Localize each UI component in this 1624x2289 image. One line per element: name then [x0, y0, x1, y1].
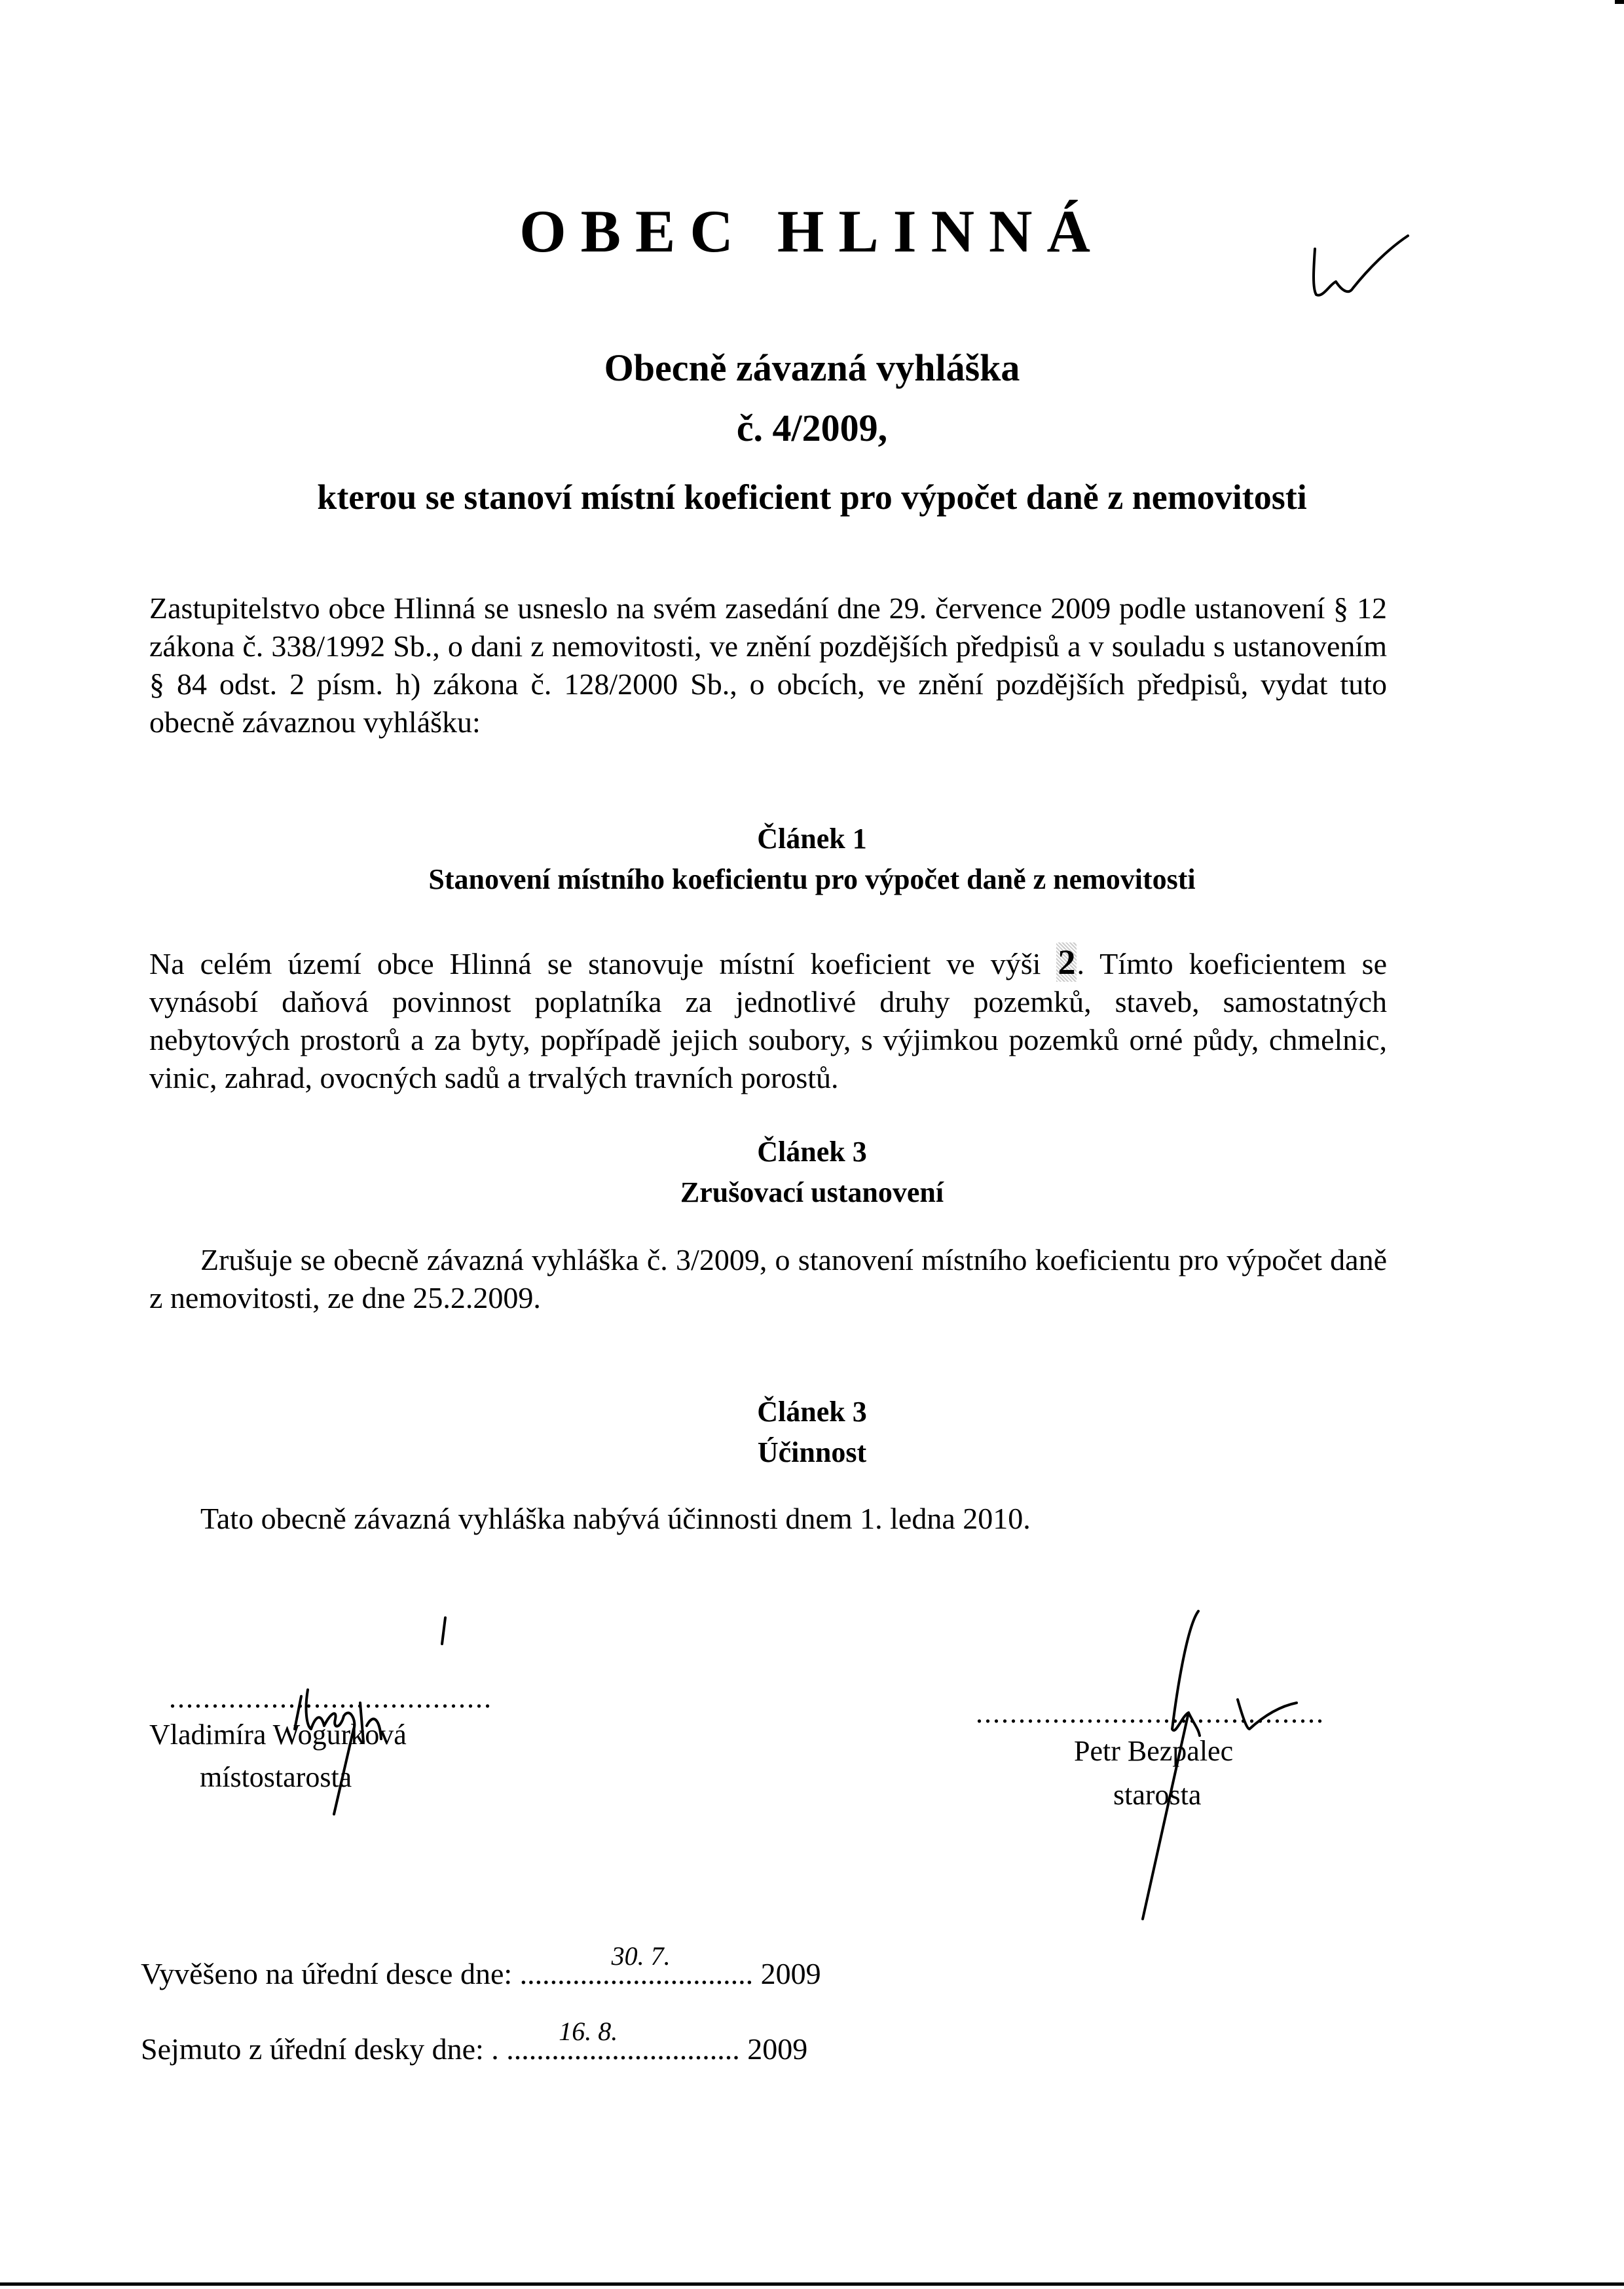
removed-label: Sejmuto z úřední desky dne: .	[141, 2032, 499, 2066]
signatory-left-name: Vladimíra Wogurková	[149, 1716, 407, 1754]
signatory-right-name: Petr Bezpalec	[1074, 1732, 1233, 1770]
preamble-paragraph: Zastupitelstvo obce Hlinná se usneslo na…	[149, 589, 1387, 741]
article-2-title: Zrušovací ustanovení	[0, 1172, 1624, 1213]
posted-handwritten-date: 30. 7.	[612, 1937, 671, 1975]
signatory-right-role: starosta	[1113, 1776, 1201, 1814]
article-3-paragraph: Tato obecně závazná vyhláška nabývá účin…	[200, 1500, 1445, 1538]
article-1-text-before: Na celém území obce Hlinná se stanovuje …	[149, 947, 1041, 980]
signatory-left-role: místostarosta	[200, 1759, 352, 1796]
article-2-paragraph: Zrušuje se obecně závazná vyhláška č. 3/…	[149, 1241, 1387, 1317]
article-2-number: Článek 3	[0, 1132, 1624, 1172]
doc-subject: kterou se stanoví místní koeficient pro …	[0, 477, 1624, 517]
doc-type-heading: Obecně závazná vyhláška	[0, 346, 1624, 390]
posted-date-field: ............................... 30. 7.	[520, 1957, 761, 1990]
posted-year: 2009	[761, 1957, 821, 1990]
article-1-paragraph: Na celém území obce Hlinná se stanovuje …	[149, 943, 1387, 1097]
article-1-number: Článek 1	[0, 819, 1624, 859]
posted-label: Vyvěšeno na úřední desce dne:	[141, 1957, 512, 1990]
doc-number: č. 4/2009,	[0, 406, 1624, 450]
removed-year: 2009	[747, 2032, 807, 2066]
signature-line-right: ........................................…	[976, 1696, 1325, 1730]
article-3-title: Účinnost	[0, 1432, 1624, 1473]
removed-date-field: ............................... 16. 8.	[506, 2032, 747, 2066]
scan-corner-mark	[1615, 0, 1624, 4]
scan-bottom-edge	[0, 2282, 1624, 2286]
coefficient-value: 2	[1056, 942, 1077, 982]
signature-line-left: ......................................	[169, 1681, 492, 1715]
removed-handwritten-date: 16. 8.	[559, 2013, 618, 2051]
margin-handwritten-mark	[1310, 229, 1414, 308]
posted-row: Vyvěšeno na úřední desce dne: ..........…	[141, 1955, 821, 1993]
removed-row: Sejmuto z úřední desky dne: . ..........…	[141, 2030, 807, 2068]
removed-dots: ...............................	[506, 2032, 740, 2066]
article-1-title: Stanovení místního koeficientu pro výpoč…	[0, 859, 1624, 900]
article-3-number: Článek 3	[0, 1392, 1624, 1432]
